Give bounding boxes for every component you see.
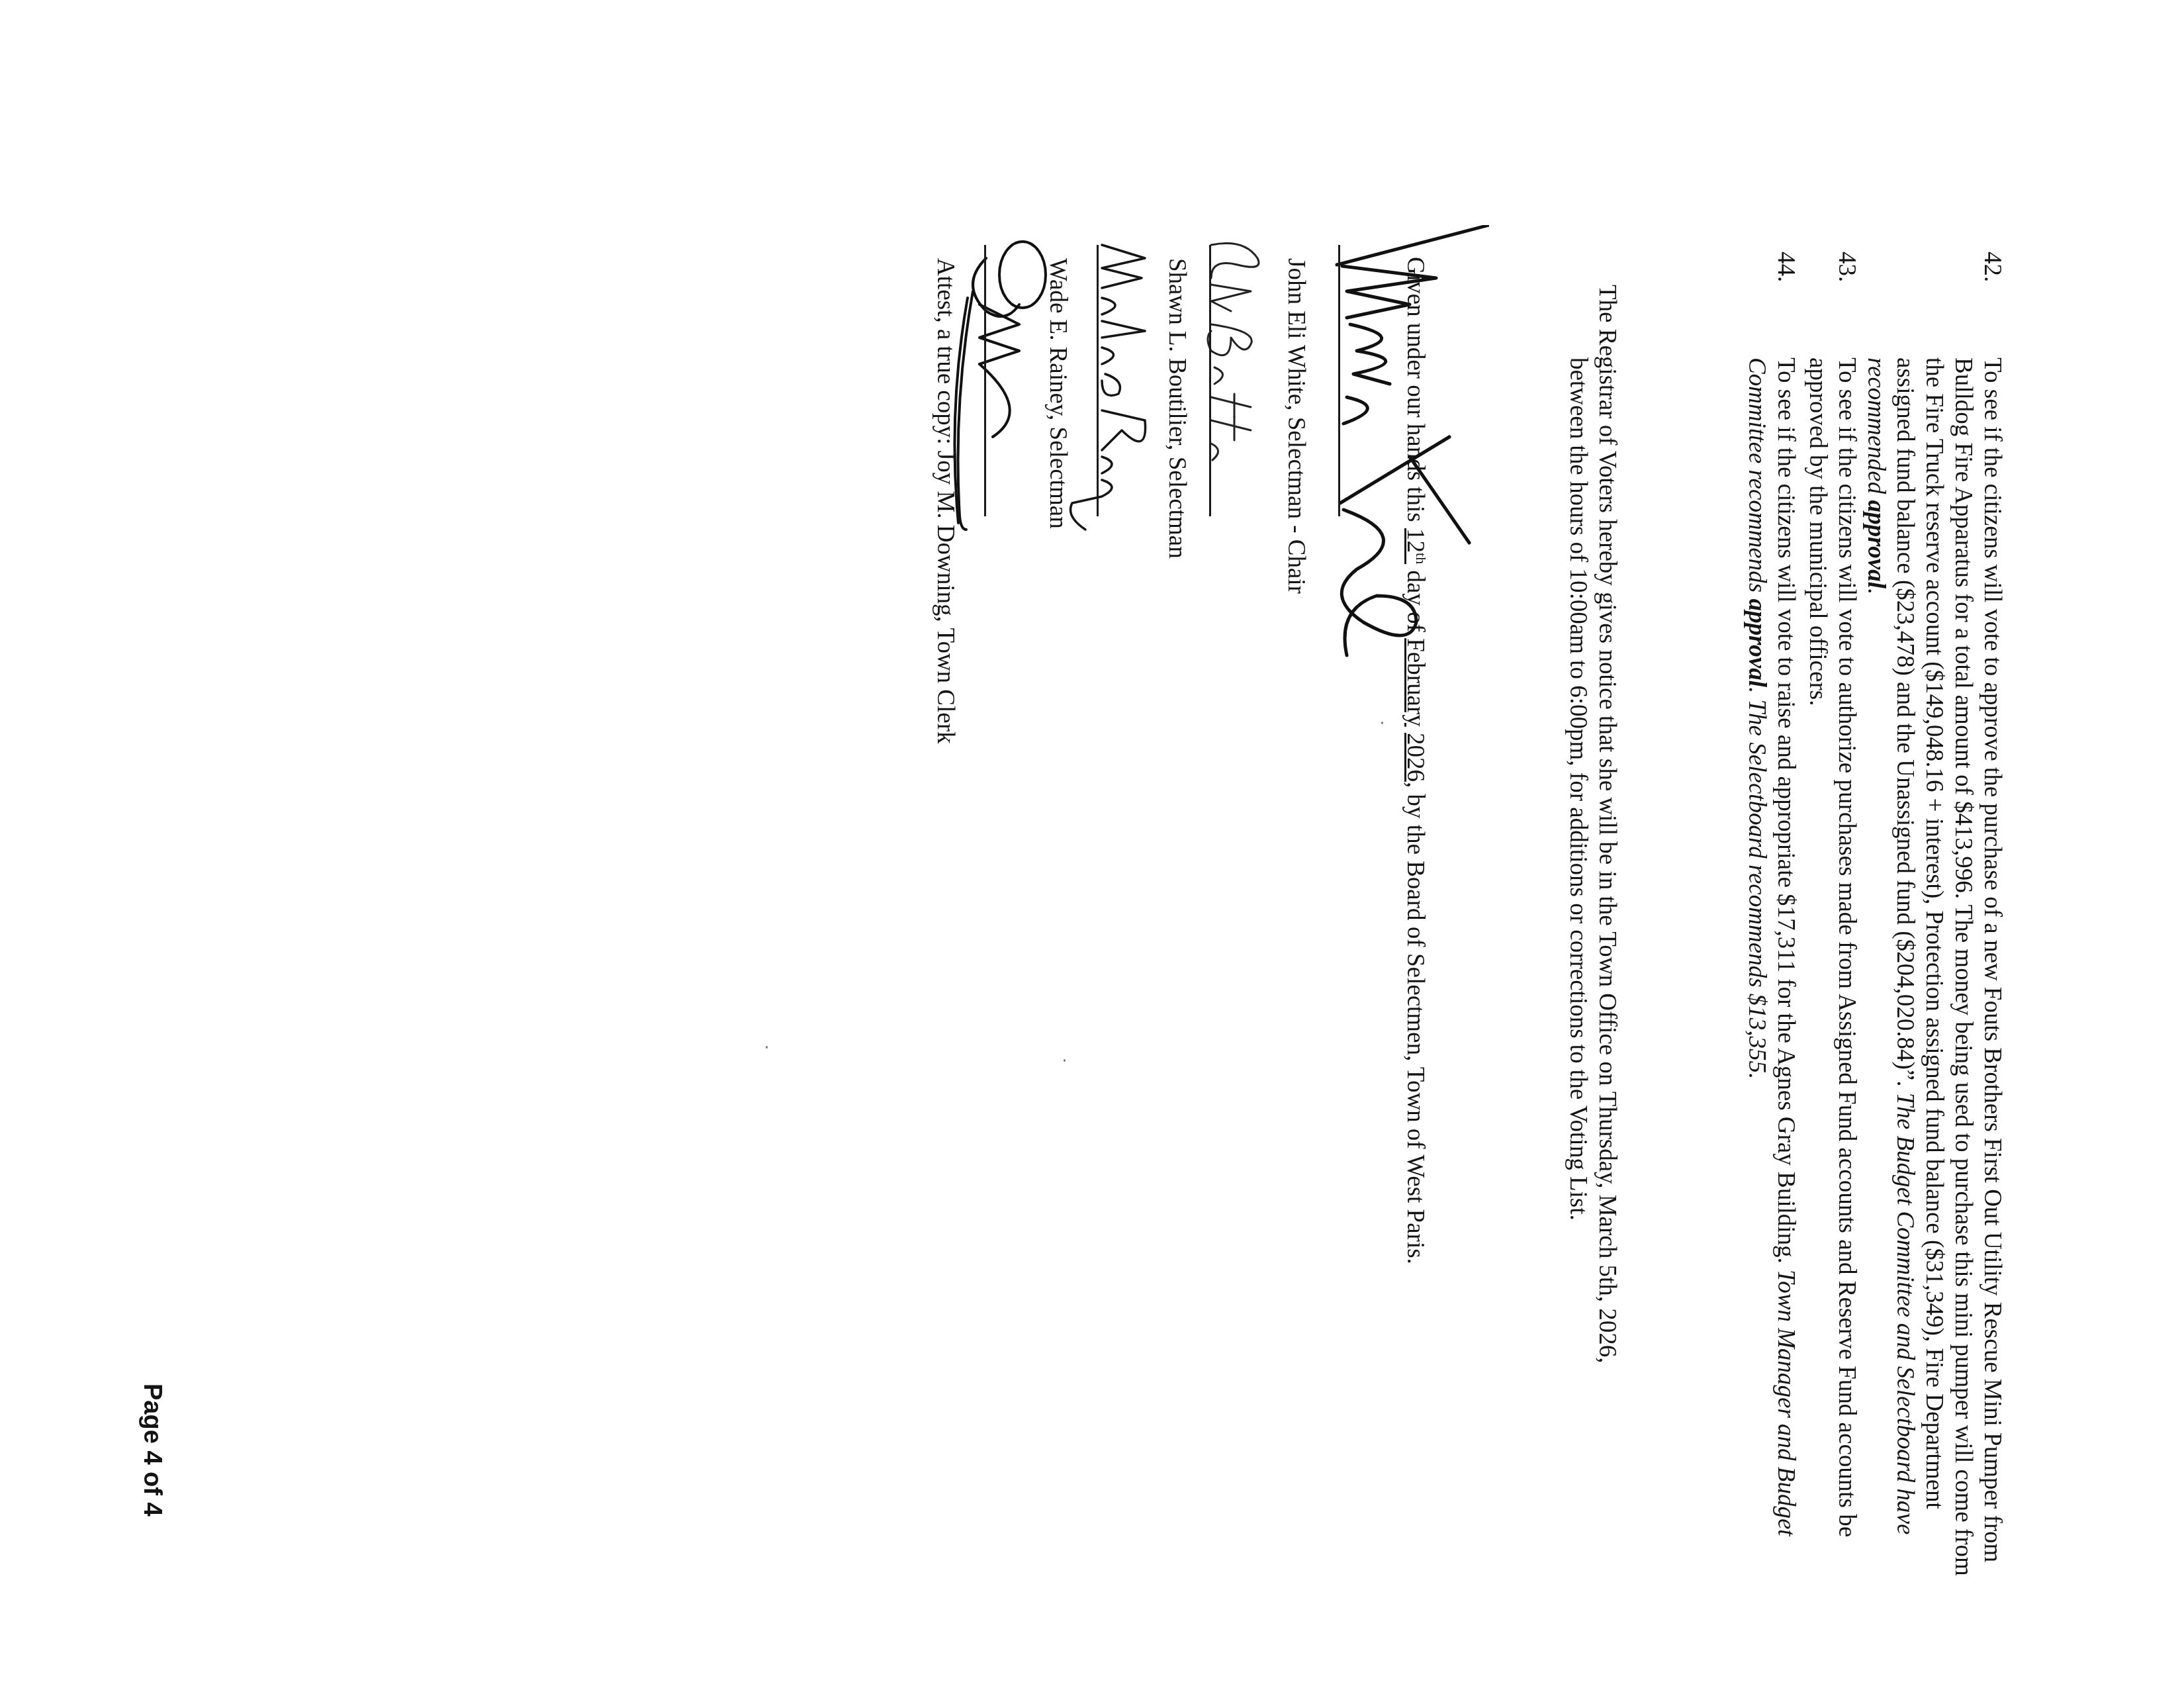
signatory-name: Shawn L. Boutilier, Selectman [1162,258,1191,559]
scan-speck [766,1046,768,1049]
signature-line [1097,245,1099,516]
recommendation-bold: approval [1862,500,1889,588]
article-text: To see if the citizens will vote to auth… [1804,357,1860,1537]
scan-speck [1064,1059,1066,1062]
signatory-name: John Eli White, Selectman - Chair [1281,258,1310,594]
article-number: 44. [1771,252,1800,282]
article-number: 43. [1832,252,1861,282]
page-number: Page 4 of 4 [138,1383,167,1517]
registrar-notice: The Registrar of Voters hereby gives not… [1563,285,1621,1582]
article-43: To see if the citizens will vote to auth… [1803,357,1861,1582]
scan-speck [1381,722,1383,724]
signature-john-eli-white [1317,225,1489,688]
document-page: 42. To see if the citizens will vote to … [0,0,2184,1688]
article-44: To see if the citizens will vote to rais… [1742,357,1800,1582]
article-text: To see if the citizens will vote to rais… [1772,357,1799,1264]
signature-line [984,245,986,516]
signature-wade-rainey [1066,238,1165,543]
signature-line [1338,245,1340,516]
recommendation-bold: approval [1743,598,1770,687]
article-number: 42. [1978,252,2007,282]
signature-shawn-boutilier [1191,238,1271,477]
registrar-notice-line1: The Registrar of Voters hereby gives not… [1594,285,1621,1364]
given-year: 2026 [1402,733,1429,782]
attest-statement: Attest, a true copy: Joy M. Downing, Tow… [931,258,960,744]
registrar-notice-line2: between the hours of 10:00am to 6:00pm, … [1563,285,1592,1582]
article-42: To see if the citizens will vote to appr… [1861,357,2007,1582]
signature-line [1209,245,1211,516]
